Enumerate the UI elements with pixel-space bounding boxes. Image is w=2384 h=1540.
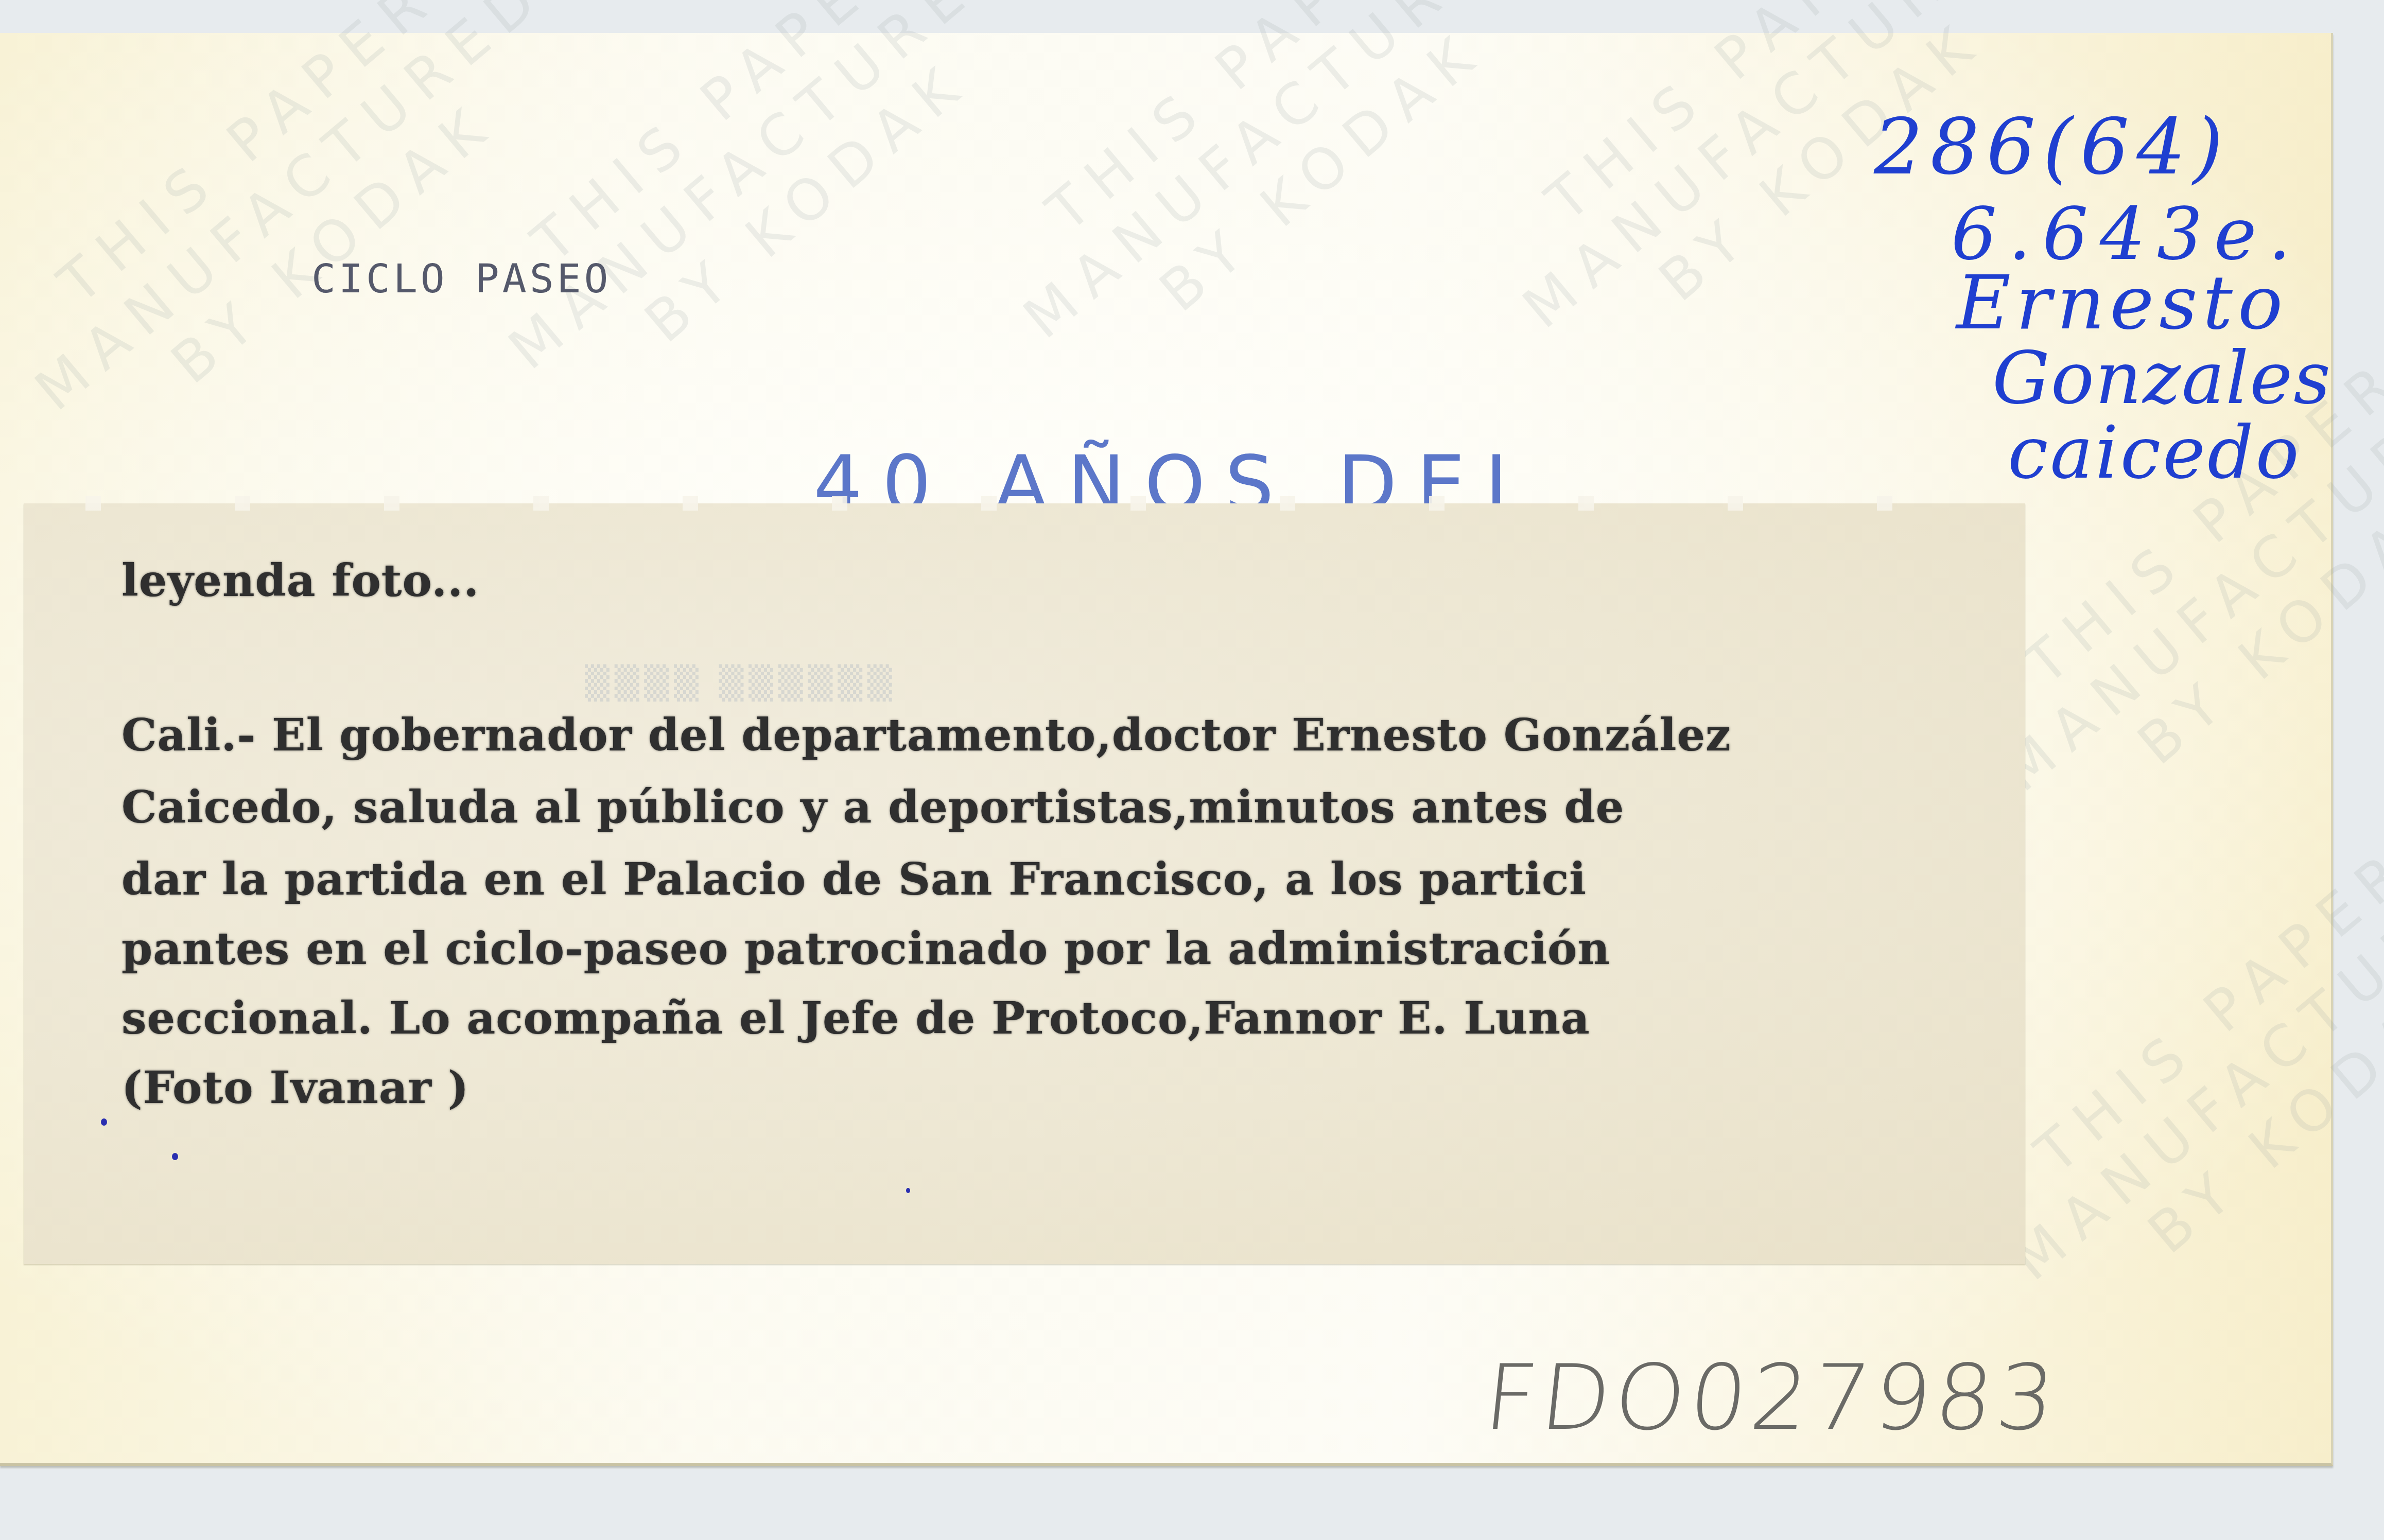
caption-title: leyenda foto... — [121, 555, 479, 607]
show-through-text: ▒▒▒▒ ▒▒▒▒▒▒ — [585, 664, 897, 702]
kodak-watermark: THIS PAPER MANUFACTURED BY KODAK — [968, 0, 1590, 403]
caption-line: Caicedo, saluda al público y a deportist… — [121, 781, 1624, 833]
name-note-first: Ernesto — [1956, 259, 2288, 346]
catalog-number: FDO027983 — [1480, 1346, 2064, 1450]
caption-line: dar la partida en el Palacio de San Fran… — [121, 853, 1587, 905]
ink-speck — [101, 1118, 107, 1126]
caption-credit: (Foto Ivanar ) — [121, 1062, 469, 1114]
ink-speck — [172, 1153, 178, 1160]
torn-edge — [24, 496, 2025, 511]
caption-slip: ▒▒▒▒ ▒▒▒▒▒▒ leyenda foto... Cali.- El go… — [24, 503, 2025, 1264]
name-note-surname: Gonzales — [1992, 337, 2331, 421]
ink-speck — [906, 1188, 910, 1193]
name-note-second-surname: caicedo — [2008, 411, 2301, 495]
archive-number-note: 286(64) — [1874, 102, 2230, 192]
caption-line: pantes en el ciclo-paseo patrocinado por… — [121, 923, 1610, 975]
caption-line: Cali.- El gobernador del departamento,do… — [121, 709, 1731, 761]
caption-line: seccional. Lo acompaña el Jefe de Protoc… — [121, 992, 1590, 1044]
subject-stamp: CICLO PASEO — [311, 257, 612, 302]
